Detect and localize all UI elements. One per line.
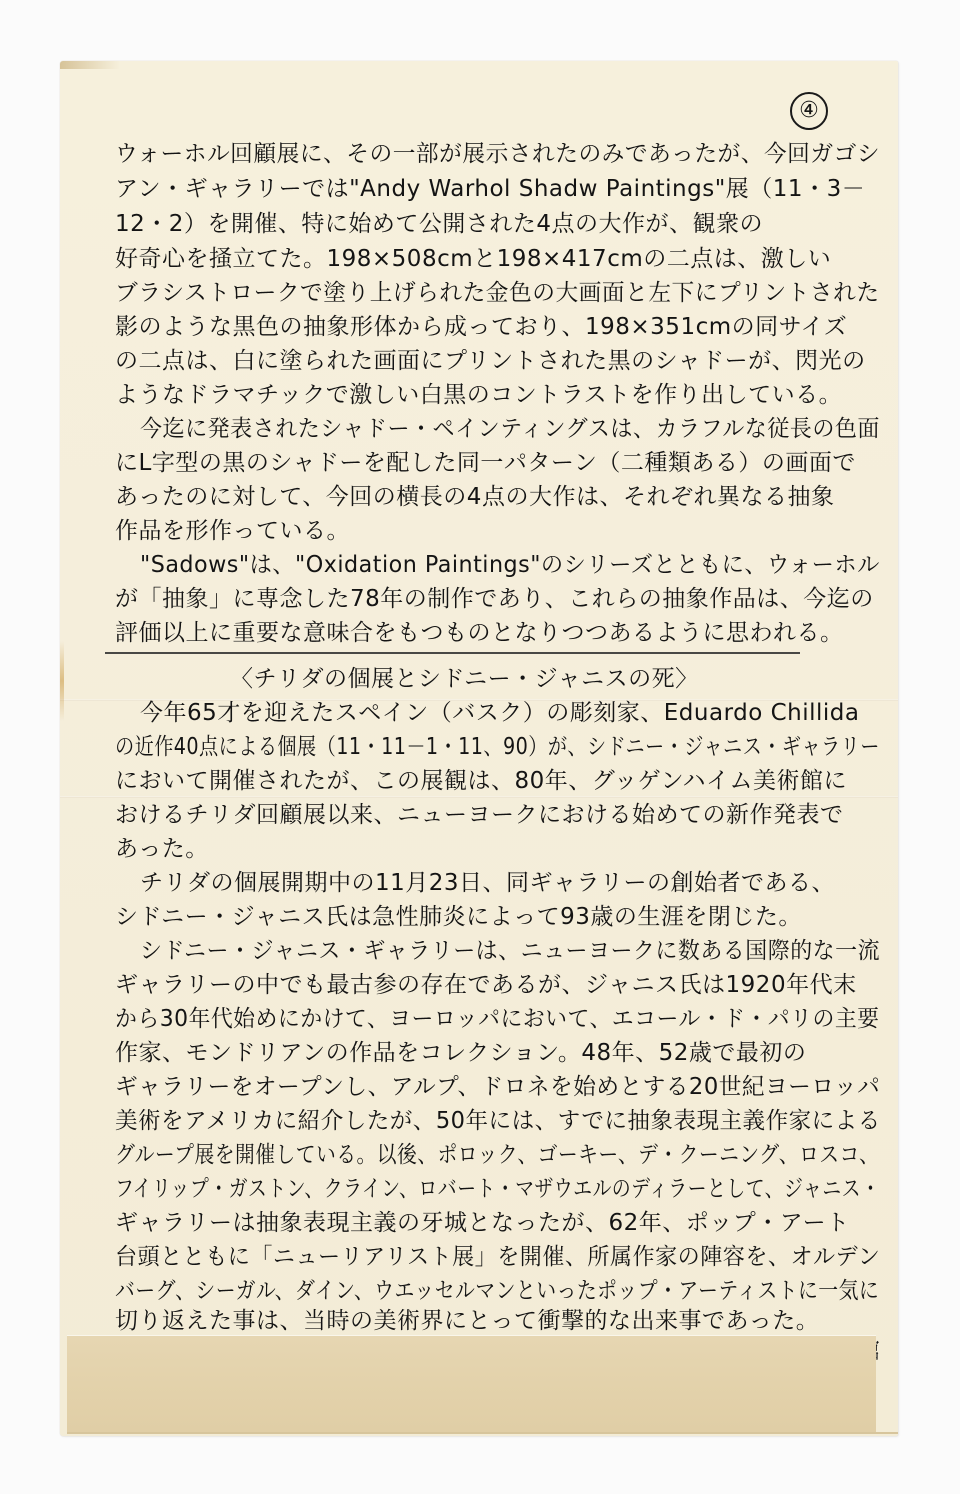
- paper-strip-edge: [67, 1432, 898, 1434]
- section-divider: [105, 652, 800, 654]
- text-line: 今迄に発表されたシャドー・ペインティングスは、カラフルな従長の色面: [140, 410, 880, 443]
- text-line: 作家、モンドリアンの作品をコレクション。48年、52歳で最初の: [115, 1034, 806, 1067]
- text-line: にL字型の黒のシャドーを配した同一パターン（二種類ある）の画面で: [115, 444, 856, 477]
- text-line: アン・ギャラリーでは"Andy Warhol Shadw Paintings"展…: [115, 170, 865, 203]
- text-line: ギャラリーの中でも最古参の存在であるが、ジャニス氏は1920年代末: [115, 966, 857, 999]
- text-line: 好奇心を掻立てた。198×508cmと198×417cmの二点は、激しい: [115, 240, 831, 273]
- text-line: ブラシストロークで塗り上げられた金色の大画面と左下にプリントされた: [115, 274, 880, 307]
- text-line: チリダの個展開期中の11月23日、同ギャラリーの創始者である、: [140, 864, 835, 897]
- attached-paper-strip: [67, 1336, 876, 1432]
- text-line: ギャラリーは抽象表現主義の牙城となったが、62年、ポップ・アート: [115, 1204, 850, 1237]
- text-line: バーグ、シーガル、ダイン、ウエッセルマンといったポップ・アーティストに一気に: [115, 1272, 879, 1305]
- text-line: 12・2）を開催、特に始めて公開された4点の大作が、観衆の: [115, 205, 763, 238]
- text-line: 切り返えた事は、当時の美術界にとって衝撃的な出来事であった。: [115, 1302, 819, 1335]
- text-line: 台頭とともに「ニューリアリスト展」を開催、所属作家の陣容を、オルデン: [115, 1238, 880, 1271]
- text-line: "Sadows"は、"Oxidation Paintings"のシリーズとともに…: [140, 546, 880, 579]
- text-line: が「抽象」に専念した78年の制作であり、これらの抽象作品は、今迄の: [115, 580, 874, 613]
- text-line: 作品を形作っている。: [115, 512, 350, 545]
- text-line: から30年代始めにかけて、ヨーロッパにおいて、エコール・ド・パリの主要: [115, 1000, 880, 1033]
- paper-stain: [60, 641, 64, 721]
- text-line: 影のような黒色の抽象形体から成っており、198×351cmの同サイズ: [115, 308, 847, 341]
- text-line: ようなドラマチックで激しい白黒のコントラストを作り出している。: [115, 376, 842, 409]
- text-line: において開催されたが、この展観は、80年、グッゲンハイム美術館に: [115, 762, 847, 795]
- text-line: あったのに対して、今回の横長の4点の大作は、それぞれ異なる抽象: [115, 478, 834, 511]
- text-line: の二点は、白に塗られた画面にプリントされた黒のシャドーが、閃光の: [115, 342, 866, 375]
- text-line: あった。: [115, 830, 209, 863]
- text-line: 今年65才を迎えたスペイン（バスク）の彫刻家、Eduardo Chillida: [140, 694, 860, 727]
- text-line: シドニー・ジャニス・ギャラリーは、ニューヨークに数ある国際的な一流: [140, 932, 880, 965]
- text-line: 評価以上に重要な意味合をもつものとなりつつあるように思われる。: [115, 614, 844, 647]
- text-line: ウォーホル回顧展に、その一部が展示されたのみであったが、今回ガゴシ: [115, 135, 880, 168]
- text-line: ギャラリーをオープンし、アルプ、ドロネを始めとする20世紀ヨーロッパ: [115, 1068, 880, 1101]
- text-line: フイリップ・ガストン、クライン、ロバート・マザウエルのディラーとして、ジャニス・: [115, 1170, 880, 1203]
- text-line: 美術をアメリカに紹介したが、50年には、すでに抽象表現主義作家による: [115, 1102, 881, 1135]
- text-line: シドニー・ジャニス氏は急性肺炎によって93歳の生涯を閉じた。: [115, 898, 802, 931]
- text-line: おけるチリダ回顧展以来、ニューヨークにおける始めての新作発表で: [115, 796, 844, 829]
- section-heading: 〈チリダの個展とシドニー・ジャニスの死〉: [230, 660, 699, 693]
- page-number-circled: ④: [790, 92, 828, 130]
- text-line: グループ展を開催している。以後、ポロック、ゴーキー、デ・クーニング、ロスコ、: [115, 1136, 879, 1169]
- text-line: の近作40点による個展（11・11－1・11、90）が、シドニー・ジャニス・ギャ…: [115, 728, 880, 761]
